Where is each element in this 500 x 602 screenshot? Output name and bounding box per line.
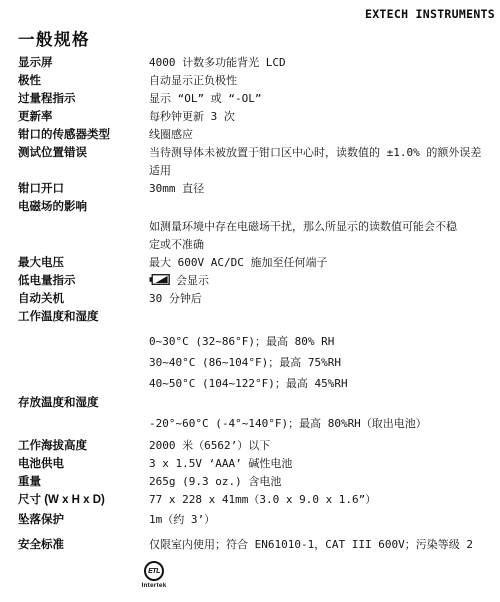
spec-row: 显示屏 4000 计数多功能背光 LCD — [18, 54, 496, 72]
spec-row: 极性 自动显示正负极性 — [18, 72, 496, 90]
spec-row: -20°~60°C (-4°~140°F)；最高 80%RH（取出电池） — [18, 415, 496, 433]
spec-row: 坠落保护 1m（约 3’） — [18, 511, 496, 529]
spec-row: 电池供电 3 x 1.5V ‘AAA’ 碱性电池 — [18, 455, 496, 473]
spec-value: 30 分钟后 — [149, 290, 496, 308]
spec-value: -20°~60°C (-4°~140°F)；最高 80%RH（取出电池） — [149, 415, 496, 433]
spec-value-line: 如测量环境中存在电磁场干扰，那么所显示的读数值可能会不稳 — [149, 218, 496, 236]
spec-value-line: -20°~60°C (-4°~140°F)；最高 80%RH（取出电池） — [149, 415, 496, 433]
spec-value: 1m（约 3’） — [149, 511, 496, 529]
spec-label: 更新率 — [18, 108, 149, 126]
spec-value-line: 77 x 228 x 41mm（3.0 x 9.0 x 1.6”） — [149, 491, 496, 509]
spec-row: 工作温度和湿度 — [18, 308, 496, 326]
spec-value-line: 265g (9.3 oz.) 含电池 — [149, 473, 496, 491]
spec-label: 电磁场的影响 — [18, 198, 149, 216]
spec-value-line: 自动显示正负极性 — [149, 72, 496, 90]
spec-value-line: 会显示 — [149, 272, 496, 290]
spec-value-line: 当待测导体未被放置于钳口区中心时，读数值的 ±1.0% 的额外误差 — [149, 144, 496, 162]
spec-row: 电磁场的影响 — [18, 198, 496, 216]
spec-row: 过量程指示 显示 “OL” 或 “-OL” — [18, 90, 496, 108]
spec-label: 安全标准 — [18, 536, 149, 554]
spec-row: 安全标准 仅限室内使用；符合 EN61010-1，CAT III 600V；污染… — [18, 536, 496, 554]
spec-value: 4000 计数多功能背光 LCD — [149, 54, 496, 72]
spec-value-line: 30mm 直径 — [149, 180, 496, 198]
spec-row: 自动关机 30 分钟后 — [18, 290, 496, 308]
spec-label: 钳口开口 — [18, 180, 149, 198]
spec-value-line: 最大 600V AC/DC 施加至任何端子 — [149, 254, 496, 272]
spec-row: 存放温度和湿度 — [18, 394, 496, 412]
spec-label: 过量程指示 — [18, 90, 149, 108]
page-title: 一般规格 — [18, 26, 90, 50]
spec-value-line: 30~40°C (86~104°F)；最高 75%RH — [149, 352, 496, 373]
spec-label: 重量 — [18, 473, 149, 491]
brand-header: EXTECH INSTRUMENTS — [365, 7, 495, 21]
spec-value: 会显示 — [149, 272, 496, 290]
spec-label: 极性 — [18, 72, 149, 90]
spec-row: 重量 265g (9.3 oz.) 含电池 — [18, 473, 496, 491]
spec-label: 坠落保护 — [18, 511, 149, 529]
spec-label: 存放温度和湿度 — [18, 394, 149, 412]
spec-value-line: 1m（约 3’） — [149, 511, 496, 529]
low-battery-icon — [149, 273, 170, 291]
spec-label: 电池供电 — [18, 455, 149, 473]
etl-circle-mark: ETL — [144, 561, 164, 581]
spec-value-line: 定或不准确 — [149, 236, 496, 254]
spec-row: 最大电压 最大 600V AC/DC 施加至任何端子 — [18, 254, 496, 272]
spec-value: 每秒钟更新 3 次 — [149, 108, 496, 126]
spec-row: 0~30°C (32~86°F)；最高 80% RH30~40°C (86~10… — [18, 331, 496, 394]
spec-value: 0~30°C (32~86°F)；最高 80% RH30~40°C (86~10… — [149, 331, 496, 394]
spec-label: 工作温度和湿度 — [18, 308, 149, 326]
spec-value-line: 4000 计数多功能背光 LCD — [149, 54, 496, 72]
spec-value-line: 线圈感应 — [149, 126, 496, 144]
etl-intertek-logo: ETL Intertek — [136, 561, 172, 589]
spec-row: 钳口的传感器类型 线圈感应 — [18, 126, 496, 144]
spec-value: 265g (9.3 oz.) 含电池 — [149, 473, 496, 491]
spec-value-line: 显示 “OL” 或 “-OL” — [149, 90, 496, 108]
spec-row: 尺寸 (W x H x D) 77 x 228 x 41mm（3.0 x 9.0… — [18, 491, 496, 509]
spec-value: 3 x 1.5V ‘AAA’ 碱性电池 — [149, 455, 496, 473]
spec-row: 低电量指示 会显示 — [18, 272, 496, 290]
spec-value: 77 x 228 x 41mm（3.0 x 9.0 x 1.6”） — [149, 491, 496, 509]
spec-value-line: 仅限室内使用；符合 EN61010-1，CAT III 600V；污染等级 2 — [149, 536, 496, 554]
spec-value-line: 40~50°C (104~122°F)；最高 45%RH — [149, 373, 496, 394]
spec-value-line: 30 分钟后 — [149, 290, 496, 308]
etl-circle-text: ETL — [148, 568, 160, 575]
spec-label: 钳口的传感器类型 — [18, 126, 149, 144]
spec-row: 如测量环境中存在电磁场干扰，那么所显示的读数值可能会不稳定或不准确 — [18, 218, 496, 254]
spec-row: 钳口开口 30mm 直径 — [18, 180, 496, 198]
spec-label: 低电量指示 — [18, 272, 149, 290]
spec-row: 更新率 每秒钟更新 3 次 — [18, 108, 496, 126]
spec-row: 测试位置错误 当待测导体未被放置于钳口区中心时，读数值的 ±1.0% 的额外误差… — [18, 144, 496, 180]
spec-sheet-page: EXTECH INSTRUMENTS 一般规格 显示屏 4000 计数多功能背光… — [0, 0, 500, 602]
spec-value: 2000 米（6562’）以下 — [149, 437, 496, 455]
spec-value: 如测量环境中存在电磁场干扰，那么所显示的读数值可能会不稳定或不准确 — [149, 218, 496, 254]
spec-label: 最大电压 — [18, 254, 149, 272]
spec-value: 30mm 直径 — [149, 180, 496, 198]
spec-value: 线圈感应 — [149, 126, 496, 144]
spec-value: 显示 “OL” 或 “-OL” — [149, 90, 496, 108]
spec-value-line: 适用 — [149, 162, 496, 180]
spec-value-line: 3 x 1.5V ‘AAA’ 碱性电池 — [149, 455, 496, 473]
spec-value: 最大 600V AC/DC 施加至任何端子 — [149, 254, 496, 272]
spec-value-line: 每秒钟更新 3 次 — [149, 108, 496, 126]
spec-value-line: 2000 米（6562’）以下 — [149, 437, 496, 455]
spec-label: 工作海拔高度 — [18, 437, 149, 455]
spec-label: 测试位置错误 — [18, 144, 149, 162]
spec-label: 显示屏 — [18, 54, 149, 72]
etl-caption: Intertek — [136, 582, 172, 589]
spec-value: 自动显示正负极性 — [149, 72, 496, 90]
spec-label: 尺寸 (W x H x D) — [18, 491, 149, 509]
spec-value: 仅限室内使用；符合 EN61010-1，CAT III 600V；污染等级 2 — [149, 536, 496, 554]
spec-value: 当待测导体未被放置于钳口区中心时，读数值的 ±1.0% 的额外误差适用 — [149, 144, 496, 180]
spec-value-line: 0~30°C (32~86°F)；最高 80% RH — [149, 331, 496, 352]
spec-table: 显示屏 4000 计数多功能背光 LCD 极性 自动显示正负极性 过量程指示 显… — [18, 54, 496, 554]
spec-label: 自动关机 — [18, 290, 149, 308]
spec-row: 工作海拔高度 2000 米（6562’）以下 — [18, 437, 496, 455]
